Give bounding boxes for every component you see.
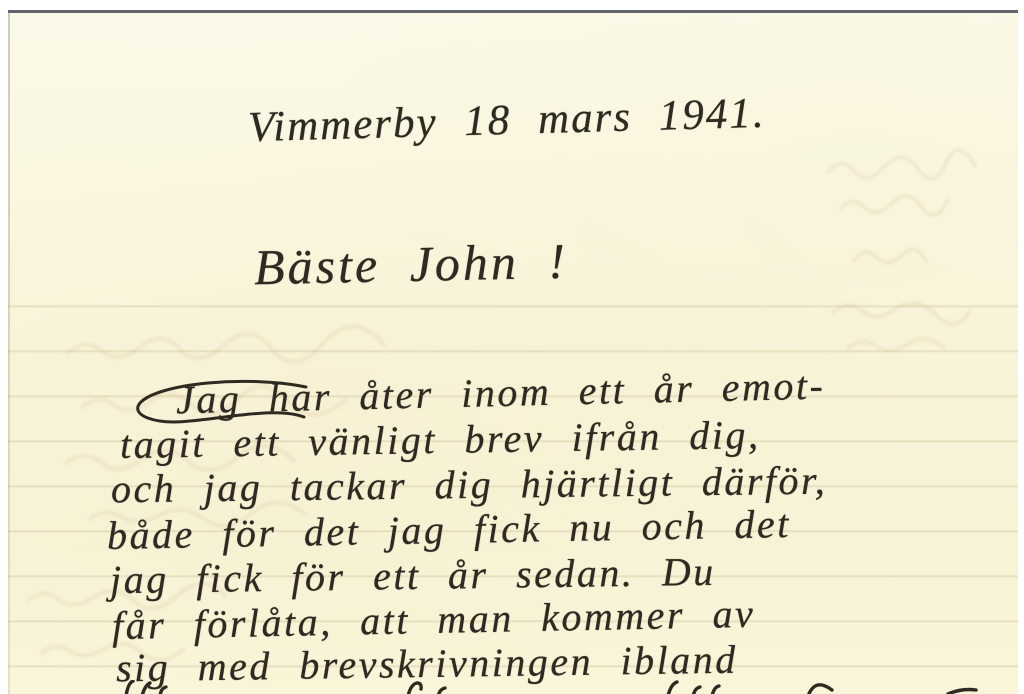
letter-paper: Vimmerby 18 mars 1941. Bäste John ! Jag … bbox=[8, 10, 1018, 694]
letter-salutation: Bäste John ! bbox=[254, 236, 569, 293]
bleedthrough-ghost-writing bbox=[818, 143, 1018, 363]
scan-frame: Vimmerby 18 mars 1941. Bäste John ! Jag … bbox=[0, 0, 1024, 694]
letter-dateline: Vimmerby 18 mars 1941. bbox=[248, 92, 767, 149]
body-line: tagit ett vänligt brev ifrån dig, bbox=[120, 415, 761, 465]
body-line: sig med brevskrivningen ibland bbox=[116, 640, 738, 689]
